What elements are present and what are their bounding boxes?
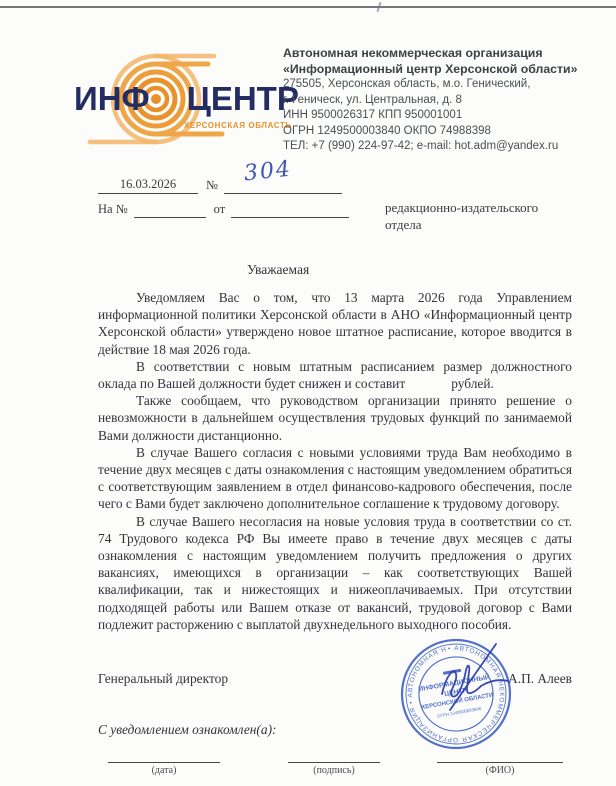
infocentr-logo: ИНФ ЦЕНТР ХЕРСОНСКАЯ ОБЛАСТЬ bbox=[72, 42, 284, 147]
reply-date-line bbox=[231, 217, 349, 218]
signature-fill-line bbox=[288, 748, 380, 763]
recipient-block: редакционно-издательского отдела bbox=[385, 200, 585, 233]
sign-slot-signature: (подпись) bbox=[288, 748, 380, 776]
letter-body: Уведомляем Вас о том, что 13 марта 2026 … bbox=[98, 289, 572, 633]
org-name-line2: «Информационный центр Херсонской области… bbox=[283, 62, 595, 78]
fullname-fill-line bbox=[437, 748, 563, 763]
scanned-letter-page: ИНФ ЦЕНТР ХЕРСОНСКАЯ ОБЛАСТЬ Автономная … bbox=[0, 0, 616, 786]
sign-slot-fullname: (ФИО) bbox=[437, 748, 563, 776]
reply-number-line bbox=[134, 217, 206, 218]
body-paragraph-5: В случае Вашего несогласия на новые усло… bbox=[98, 513, 572, 633]
org-address-line1: 275505, Херсонская область, м.о. Геничес… bbox=[283, 77, 595, 93]
logo-title: ИНФ ЦЕНТР bbox=[74, 82, 299, 115]
salutation: Уважаемая bbox=[247, 262, 309, 278]
director-signature-icon bbox=[398, 630, 558, 725]
body-paragraph-1: Уведомляем Вас о том, что 13 марта 2026 … bbox=[98, 289, 572, 358]
org-name-line1: Автономная некоммерческая организация bbox=[283, 46, 595, 62]
letter-date: 16.03.2026 bbox=[98, 177, 198, 194]
body-paragraph-2: В соответствии с новым штатным расписани… bbox=[98, 358, 572, 392]
signature-label: (подпись) bbox=[288, 765, 380, 776]
acknowledgement-line: С уведомлением ознакомлен(а): bbox=[98, 722, 277, 738]
ref-row-date-number: 16.03.2026 № 304 bbox=[98, 176, 358, 194]
sign-slot-date: (дата) bbox=[108, 748, 220, 776]
logo-title-part1: ИНФ bbox=[74, 82, 150, 115]
org-address-line2: г. Геническ, ул. Центральная, д. 8 bbox=[283, 93, 595, 109]
logo-region-label: ХЕРСОНСКАЯ ОБЛАСТЬ bbox=[184, 121, 292, 130]
date-label: (дата) bbox=[108, 765, 220, 776]
director-position: Генеральный директор bbox=[98, 671, 228, 687]
org-inn-kpp: ИНН 9500026317 КПП 950001001 bbox=[283, 108, 595, 124]
salary-sentence-start: В соответствии с новым штатным расписани… bbox=[98, 359, 572, 391]
body-paragraph-4: В случае Вашего согласия с новыми услови… bbox=[98, 444, 572, 513]
org-contacts: ТЕЛ: +7 (990) 224-97-42; e-mail: hot.adm… bbox=[283, 139, 595, 155]
salary-sentence-end: рублей. bbox=[451, 376, 494, 391]
org-details-block: Автономная некоммерческая организация «И… bbox=[283, 46, 595, 155]
number-label: № bbox=[198, 178, 224, 194]
reference-block: 16.03.2026 № 304 На № от bbox=[98, 176, 358, 224]
logo-o-gap bbox=[150, 98, 187, 99]
fullname-label: (ФИО) bbox=[437, 765, 563, 776]
body-paragraph-3: Также сообщаем, что руководством организ… bbox=[98, 392, 572, 444]
ref-row-reply: На № от bbox=[98, 200, 358, 218]
scan-edge-line bbox=[0, 6, 616, 8]
org-ogrn-okpo: ОГРН 1249500003840 ОКПО 74988398 bbox=[283, 124, 595, 140]
recipient-line1: редакционно-издательского bbox=[385, 200, 585, 217]
recipient-line2: отдела bbox=[385, 217, 585, 234]
date-fill-line bbox=[108, 748, 220, 763]
reply-to-label: На № bbox=[98, 202, 134, 218]
from-label: от bbox=[206, 202, 232, 218]
handwritten-letter-number: 304 bbox=[243, 157, 293, 187]
letter-number-line: 304 bbox=[224, 167, 342, 194]
